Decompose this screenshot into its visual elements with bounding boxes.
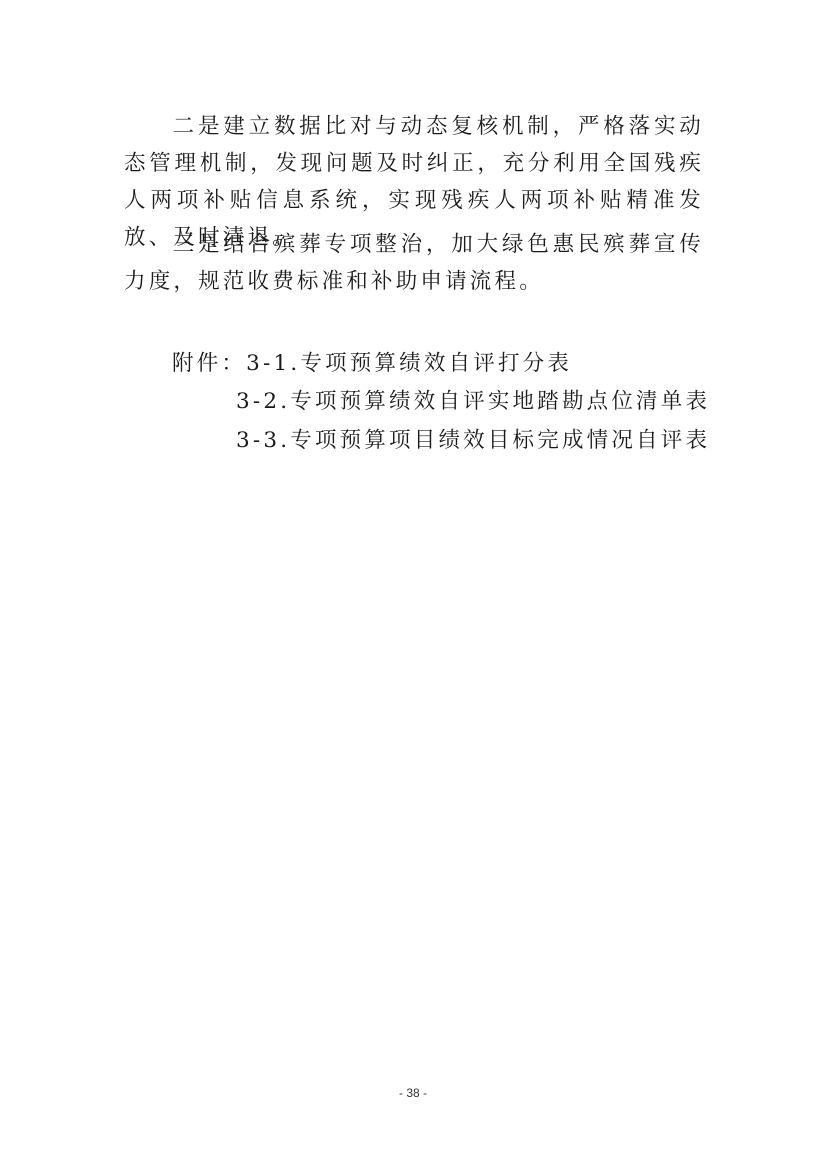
document-page: 二是建立数据比对与动态复核机制，严格落实动态管理机制，发现问题及时纠正，充分利用… bbox=[0, 0, 826, 1169]
paragraph-text: 三是结合殡葬专项整治，加大绿色惠民殡葬宣传力度，规范收费标准和补助申请流程。 bbox=[124, 232, 704, 294]
page-number: - 38 - bbox=[0, 1086, 826, 1100]
attachment-line-2: 3-2.专项预算绩效自评实地踏勘点位清单表 bbox=[236, 384, 710, 415]
attachment-label: 附件： bbox=[172, 351, 246, 376]
attachment-item: 3-1.专项预算绩效自评打分表 bbox=[246, 351, 572, 376]
attachment-item: 3-3.专项预算项目绩效目标完成情况自评表 bbox=[236, 428, 710, 453]
attachment-line-3: 3-3.专项预算项目绩效目标完成情况自评表 bbox=[236, 423, 710, 454]
attachment-item: 3-2.专项预算绩效自评实地踏勘点位清单表 bbox=[236, 389, 710, 414]
attachment-line-1: 附件：3-1.专项预算绩效自评打分表 bbox=[172, 346, 572, 377]
paragraph-funeral-reform: 三是结合殡葬专项整治，加大绿色惠民殡葬宣传力度，规范收费标准和补助申请流程。 bbox=[124, 226, 704, 300]
